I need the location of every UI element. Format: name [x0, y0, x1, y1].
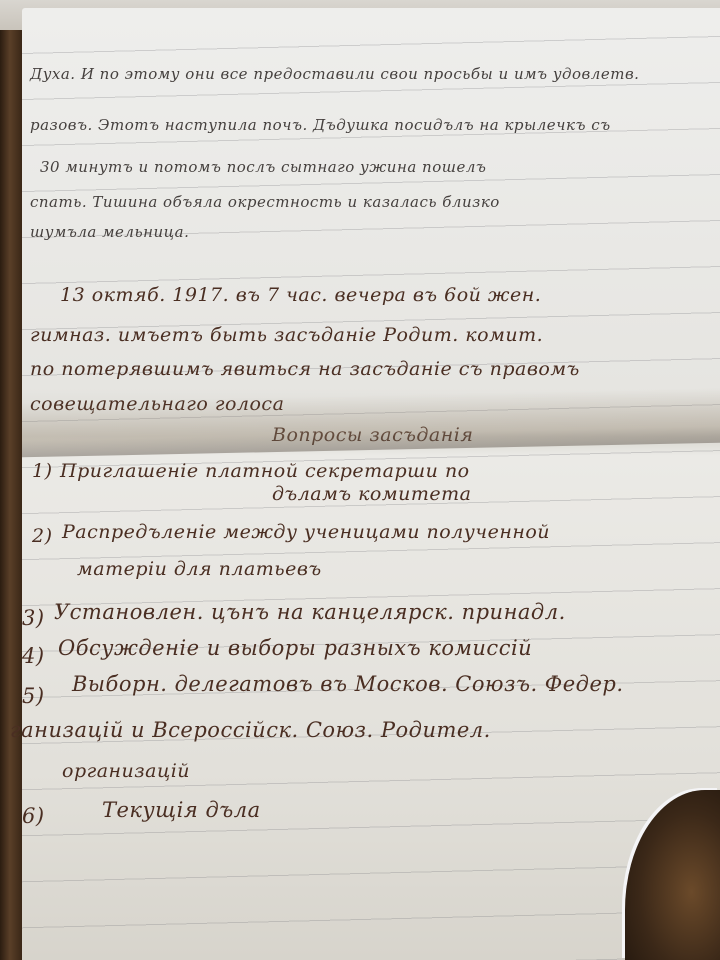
diary-line: шумъла мельница. — [30, 223, 189, 241]
agenda-text: Выборн. делегатовъ въ Москов. Союзъ. Фед… — [72, 672, 624, 696]
agenda-number: 1) — [32, 460, 53, 482]
agenda-text: Обсужденіе и выборы разныхъ комиссій — [58, 636, 532, 660]
diary-line: спать. Тишина объяла окрестность и казал… — [30, 193, 500, 211]
agenda-text: матеріи для платьевъ — [77, 558, 322, 580]
agenda-text: Распредъленіе между ученицами полученной — [62, 521, 550, 543]
diary-line: разовъ. Этотъ наступила почъ. Дъдушка по… — [30, 116, 611, 134]
minutes-intro-line: 13 октяб. 1917. въ 7 час. вечера въ 6ой … — [60, 284, 541, 306]
agenda-text: Текущія дъла — [102, 798, 261, 822]
agenda-text: ганизацій и Всероссійск. Союз. Родител. — [10, 718, 491, 742]
agenda-text: Установлен. цънъ на канцелярск. принадл. — [54, 600, 566, 624]
agenda-number: 5) — [22, 684, 45, 708]
diary-line: 30 минутъ и потомъ послъ сытнаго ужина п… — [40, 158, 486, 176]
diary-line: Духа. И по этому они все предоставили св… — [30, 65, 639, 83]
agenda-number: 3) — [22, 606, 45, 630]
agenda-number: 2) — [32, 525, 53, 547]
agenda-text: Приглашеніе платной секретарши по — [60, 460, 470, 482]
book-spine — [0, 30, 22, 960]
agenda-number: 6) — [22, 804, 45, 828]
agenda-text: организацій — [62, 760, 190, 782]
document-page: Духа. И по этому они все предоставили св… — [22, 8, 720, 960]
agenda-text: дъламъ комитета — [272, 483, 471, 505]
minutes-intro-line: по потерявшимъ явиться на засъданіе съ п… — [30, 358, 580, 380]
minutes-intro-line: гимназ. имъетъ быть засъданіе Родит. ком… — [30, 324, 543, 346]
agenda-number: 4) — [22, 644, 45, 668]
